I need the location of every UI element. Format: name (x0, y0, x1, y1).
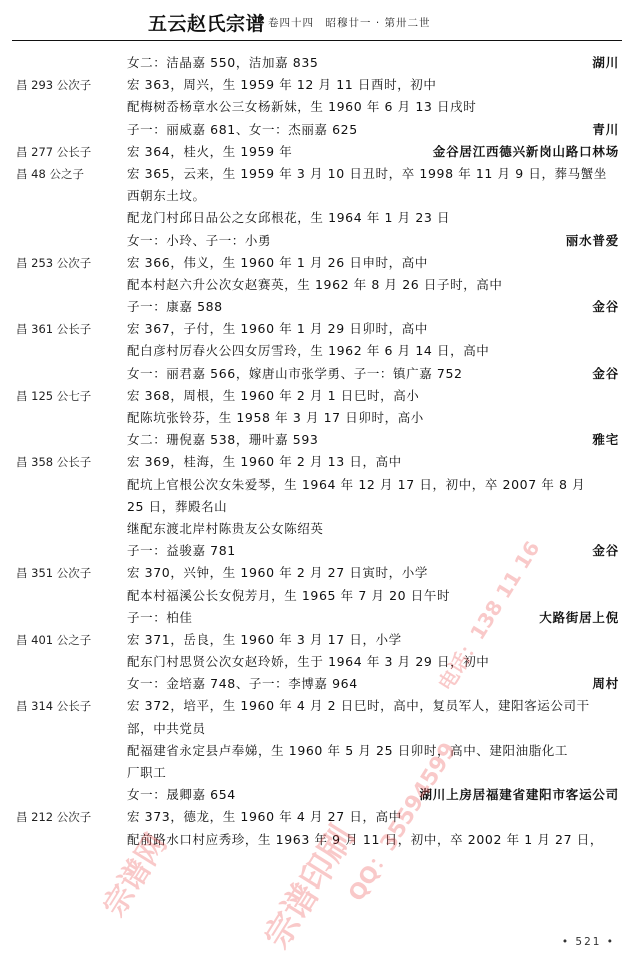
entry-line: 昌 293 公次子宏 363，周兴，生 1959 年 12 月 11 日酉时，初… (0, 74, 635, 96)
entry-text: 女一：丽君嘉 566，嫁唐山市张学勇、子一：镇广嘉 752 (127, 363, 463, 385)
entry-text: 女一：晟卿嘉 654 (127, 784, 236, 806)
entry-line: 女一：金培嘉 748、子一：李博嘉 964周村 (0, 673, 635, 695)
entry-text: 配福建省永定县卢奉娣，生 1960 年 5 月 25 日卯时，高中、建阳油脂化工 (127, 740, 568, 762)
entry-text: 配本村福溪公长女倪芳月，生 1965 年 7 月 20 日午时 (127, 585, 450, 607)
entry-text: 宏 363，周兴，生 1959 年 12 月 11 日酉时，初中 (127, 74, 437, 96)
entry-line: 配龙门村邱日品公之女邱根花，生 1964 年 1 月 23 日 (0, 207, 635, 229)
entry-text: 配白彦村厉春火公四女厉雪玲，生 1962 年 6 月 14 日，高中 (127, 340, 489, 362)
entry-line: 女一：晟卿嘉 654湖川上房居福建省建阳市客运公司 (0, 784, 635, 806)
entry-line: 继配东渡北岸村陈贵友公女陈绍英 (0, 518, 635, 540)
entry-line: 厂职工 (0, 762, 635, 784)
entry-text: 配龙门村邱日品公之女邱根花，生 1964 年 1 月 23 日 (127, 207, 450, 229)
entry-line: 女一：小玲、子一：小勇丽水普爱 (0, 230, 635, 252)
entry-text: 宏 373，德龙，生 1960 年 4 月 27 日，高中 (127, 806, 402, 828)
entry-text: 配陈坑张铃芬，生 1958 年 3 月 17 日卯时，高小 (127, 407, 424, 429)
residence-place: 湖川 (592, 52, 619, 74)
entry-line: 昌 361 公长子宏 367，子付，生 1960 年 1 月 29 日卯时，高中 (0, 318, 635, 340)
entry-line: 女一：丽君嘉 566，嫁唐山市张学勇、子一：镇广嘉 752金谷 (0, 363, 635, 385)
page-header: 五云赵氏宗谱 • 卷四十四 昭穆廿一 · 第卅二世 (0, 0, 635, 44)
volume-subtitle: 卷四十四 昭穆廿一 · 第卅二世 (268, 15, 431, 30)
entry-line: 昌 125 公七子宏 368，周根，生 1960 年 2 月 1 日巳时，高小 (0, 385, 635, 407)
entry-text: 女二：珊倪嘉 538，珊叶嘉 593 (127, 429, 318, 451)
entry-line: 昌 277 公长子宏 364，桂火，生 1959 年金谷居江西德兴新岗山路口林场 (0, 141, 635, 163)
entry-line: 子一：康嘉 588金谷 (0, 296, 635, 318)
entry-text: 女一：金培嘉 748、子一：李博嘉 964 (127, 673, 358, 695)
entry-text: 部，中共党员 (127, 718, 206, 740)
entry-text: 继配东渡北岸村陈贵友公女陈绍英 (127, 518, 324, 540)
lineage-label: 昌 361 公长子 (16, 318, 91, 340)
entry-text: 宏 364，桂火，生 1959 年 (127, 141, 292, 163)
lineage-label: 昌 253 公次子 (16, 252, 91, 274)
entry-text: 西朝东土坟。 (127, 185, 206, 207)
entry-text: 子一：康嘉 588 (127, 296, 223, 318)
entry-line: 西朝东土坟。 (0, 185, 635, 207)
entry-text: 配东门村思贤公次女赵玲娇，生于 1964 年 3 月 29 日，初中 (127, 651, 489, 673)
entry-line: 子一：益骏嘉 781金谷 (0, 540, 635, 562)
entry-text: 厂职工 (127, 762, 166, 784)
entry-line: 配梅树岙杨章水公三女杨新妹，生 1960 年 6 月 13 日戌时 (0, 96, 635, 118)
residence-place: 周村 (592, 673, 619, 695)
entry-text: 宏 372，培平，生 1960 年 4 月 2 日巳时，高中，复员军人，建阳客运… (127, 695, 590, 717)
entry-line: 昌 358 公长子宏 369，桂海，生 1960 年 2 月 13 日，高中 (0, 451, 635, 473)
residence-place: 湖川上房居福建省建阳市客运公司 (419, 784, 619, 806)
lineage-label: 昌 212 公次子 (16, 806, 91, 828)
entry-text: 女一：小玲、子一：小勇 (127, 230, 271, 252)
entry-line: 配福建省永定县卢奉娣，生 1960 年 5 月 25 日卯时，高中、建阳油脂化工 (0, 740, 635, 762)
lineage-label: 昌 314 公长子 (16, 695, 91, 717)
residence-place: 雅宅 (592, 429, 619, 451)
entry-line: 女二：洁晶嘉 550，洁加嘉 835湖川 (0, 52, 635, 74)
residence-place: 金谷 (592, 363, 619, 385)
entry-line: 昌 48 公之子宏 365，云来，生 1959 年 3 月 10 日丑时，卒 1… (0, 163, 635, 185)
entry-line: 部，中共党员 (0, 718, 635, 740)
lineage-label: 昌 351 公次子 (16, 562, 91, 584)
residence-place: 金谷居江西德兴新岗山路口林场 (433, 141, 619, 163)
residence-place: 大路街居上倪 (539, 607, 619, 629)
entry-text: 宏 369，桂海，生 1960 年 2 月 13 日，高中 (127, 451, 402, 473)
residence-place: 金谷 (592, 540, 619, 562)
entry-text: 25 日，葬殿名山 (127, 496, 227, 518)
entry-line: 昌 401 公之子宏 371，岳良，生 1960 年 3 月 17 日，小学 (0, 629, 635, 651)
entry-line: 配坑上官根公次女朱爱琴，生 1964 年 12 月 17 日，初中，卒 2007… (0, 474, 635, 496)
entry-line: 配前路水口村应秀珍，生 1963 年 9 月 11 日，初中，卒 2002 年 … (0, 829, 635, 851)
lineage-label: 昌 358 公长子 (16, 451, 91, 473)
entry-line: 昌 314 公长子宏 372，培平，生 1960 年 4 月 2 日巳时，高中，… (0, 695, 635, 717)
entry-text: 配坑上官根公次女朱爱琴，生 1964 年 12 月 17 日，初中，卒 2007… (127, 474, 585, 496)
header-rule (12, 40, 622, 41)
entry-text: 子一：丽威嘉 681、女一：杰丽嘉 625 (127, 119, 358, 141)
residence-place: 丽水普爱 (566, 230, 619, 252)
entry-line: 配白彦村厉春火公四女厉雪玲，生 1962 年 6 月 14 日，高中 (0, 340, 635, 362)
entry-text: 宏 368，周根，生 1960 年 2 月 1 日巳时，高小 (127, 385, 419, 407)
entry-line: 昌 351 公次子宏 370，兴钟，生 1960 年 2 月 27 日寅时，小学 (0, 562, 635, 584)
entry-line: 配陈坑张铃芬，生 1958 年 3 月 17 日卯时，高小 (0, 407, 635, 429)
entry-line: 配本村赵六升公次女赵赛英，生 1962 年 8 月 26 日子时，高中 (0, 274, 635, 296)
entry-text: 宏 366，伟义，生 1960 年 1 月 26 日申时，高中 (127, 252, 428, 274)
entry-text: 宏 371，岳良，生 1960 年 3 月 17 日，小学 (127, 629, 402, 651)
entry-line: 女二：珊倪嘉 538，珊叶嘉 593雅宅 (0, 429, 635, 451)
residence-place: 青川 (592, 119, 619, 141)
entry-text: 配本村赵六升公次女赵赛英，生 1962 年 8 月 26 日子时，高中 (127, 274, 503, 296)
lineage-label: 昌 277 公长子 (16, 141, 91, 163)
title-separator: • (258, 12, 266, 26)
book-title: 五云赵氏宗谱 (148, 9, 265, 36)
entry-line: 配本村福溪公长女倪芳月，生 1965 年 7 月 20 日午时 (0, 585, 635, 607)
lineage-label: 昌 401 公之子 (16, 629, 91, 651)
entry-line: 配东门村思贤公次女赵玲娇，生于 1964 年 3 月 29 日，初中 (0, 651, 635, 673)
entry-text: 子一：益骏嘉 781 (127, 540, 236, 562)
entry-line: 子一：柏佳大路街居上倪 (0, 607, 635, 629)
page-number: • 521 • (562, 936, 615, 948)
entry-text: 子一：柏佳 (127, 607, 193, 629)
lineage-label: 昌 293 公次子 (16, 74, 91, 96)
lineage-label: 昌 48 公之子 (16, 163, 84, 185)
entry-line: 25 日，葬殿名山 (0, 496, 635, 518)
entry-text: 宏 370，兴钟，生 1960 年 2 月 27 日寅时，小学 (127, 562, 428, 584)
entry-text: 配前路水口村应秀珍，生 1963 年 9 月 11 日，初中，卒 2002 年 … (127, 829, 603, 851)
entry-line: 昌 253 公次子宏 366，伟义，生 1960 年 1 月 26 日申时，高中 (0, 252, 635, 274)
entry-line: 昌 212 公次子宏 373，德龙，生 1960 年 4 月 27 日，高中 (0, 806, 635, 828)
entry-text: 宏 365，云来，生 1959 年 3 月 10 日丑时，卒 1998 年 11… (127, 163, 607, 185)
lineage-label: 昌 125 公七子 (16, 385, 91, 407)
entry-text: 女二：洁晶嘉 550，洁加嘉 835 (127, 52, 318, 74)
entry-text: 宏 367，子付，生 1960 年 1 月 29 日卯时，高中 (127, 318, 428, 340)
entry-text: 配梅树岙杨章水公三女杨新妹，生 1960 年 6 月 13 日戌时 (127, 96, 476, 118)
residence-place: 金谷 (592, 296, 619, 318)
entry-line: 子一：丽威嘉 681、女一：杰丽嘉 625青川 (0, 119, 635, 141)
genealogy-entries: 女二：洁晶嘉 550，洁加嘉 835湖川昌 293 公次子宏 363，周兴，生 … (0, 52, 635, 851)
